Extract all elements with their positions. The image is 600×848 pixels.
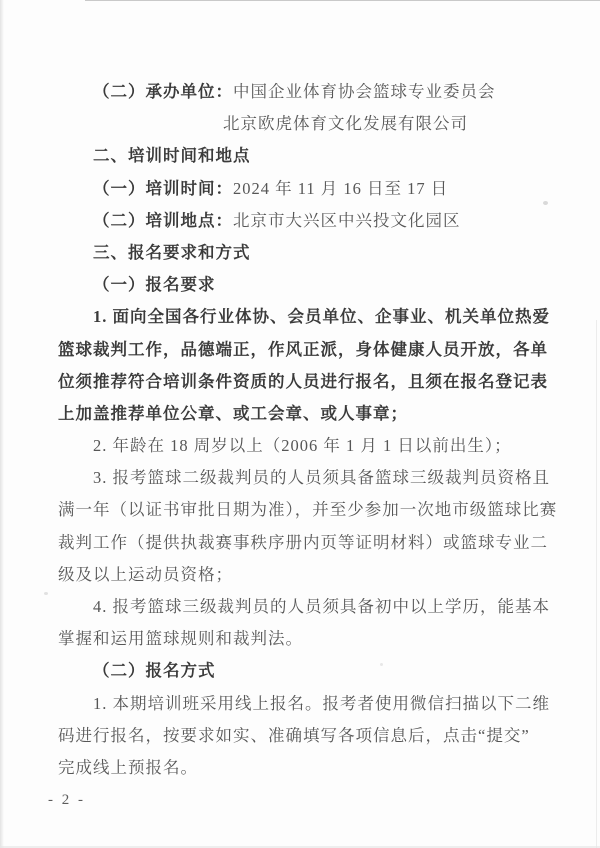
- page-number: - 2 -: [48, 784, 558, 816]
- doc-paragraph-req1: 篮球裁判工作，品德端正，作风正派，身体健康人员开放，各单: [58, 334, 558, 366]
- scan-edge-top: [85, 0, 600, 1]
- scan-edge-right: [596, 320, 597, 848]
- training-location-label: （二）培训地点：: [93, 211, 233, 230]
- training-time-label: （一）培训时间：: [93, 179, 233, 198]
- document-body: （二）承办单位：中国企业体育协会篮球专业委员会 北京欧虎体育文化发展有限公司 二…: [58, 76, 558, 816]
- doc-heading-requirements: （一）报名要求: [58, 269, 558, 301]
- doc-line-organizer-2: 北京欧虎体育文化发展有限公司: [58, 108, 558, 140]
- doc-paragraph-method1: 完成线上预报名。: [58, 752, 558, 784]
- training-time-value: 2024 年 11 月 16 日至 17 日: [233, 179, 448, 198]
- doc-paragraph-req4: 4. 报考篮球三级裁判员的人员须具备初中以上学历，能基本: [58, 591, 558, 623]
- training-location-value: 北京市大兴区中兴投文化园区: [233, 211, 461, 230]
- doc-paragraph-req1: 1. 面向全国各行业体协、会员单位、企事业、机关单位热爱: [58, 301, 558, 333]
- doc-heading-section-2: 二、培训时间和地点: [58, 140, 558, 172]
- organizer-value: 中国企业体育协会篮球专业委员会: [233, 82, 496, 101]
- doc-heading-registration-method: （二）报名方式: [58, 655, 558, 687]
- organizer-label: （二）承办单位：: [93, 82, 233, 101]
- scan-edge-left: [0, 0, 4, 848]
- doc-paragraph-req3: 3. 报考篮球二级裁判员的人员须具备篮球三级裁判员资格且: [58, 462, 558, 494]
- doc-paragraph-req2: 2. 年龄在 18 周岁以上（2006 年 1 月 1 日以前出生）；: [58, 430, 558, 462]
- doc-line-training-location: （二）培训地点：北京市大兴区中兴投文化园区: [58, 205, 558, 237]
- doc-paragraph-req1: 上加盖推荐单位公章、或工会章、或人事章；: [58, 398, 558, 430]
- doc-paragraph-req3: 满一年（以证书审批日期为准），并至少参加一次地市级篮球比赛: [58, 494, 558, 526]
- doc-paragraph-req3: 裁判工作（提供执裁赛事秩序册内页等证明材料）或篮球专业二: [58, 527, 558, 559]
- doc-paragraph-method1: 1. 本期培训班采用线上报名。报考者使用微信扫描以下二维: [58, 688, 558, 720]
- doc-paragraph-req3: 级及以上运动员资格；: [58, 559, 558, 591]
- document-page: （二）承办单位：中国企业体育协会篮球专业委员会 北京欧虎体育文化发展有限公司 二…: [0, 0, 600, 848]
- doc-paragraph-req4: 掌握和运用篮球规则和裁判法。: [58, 623, 558, 655]
- doc-line-training-time: （一）培训时间：2024 年 11 月 16 日至 17 日: [58, 173, 558, 205]
- doc-paragraph-method1: 码进行报名，按要求如实、准确填写各项信息后，点击“提交”: [58, 720, 558, 752]
- doc-paragraph-req1: 位须推荐符合培训条件资质的人员进行报名，且须在报名登记表: [58, 366, 558, 398]
- doc-line-organizer: （二）承办单位：中国企业体育协会篮球专业委员会: [58, 76, 558, 108]
- doc-heading-section-3: 三、报名要求和方式: [58, 237, 558, 269]
- scan-speck: [44, 592, 48, 595]
